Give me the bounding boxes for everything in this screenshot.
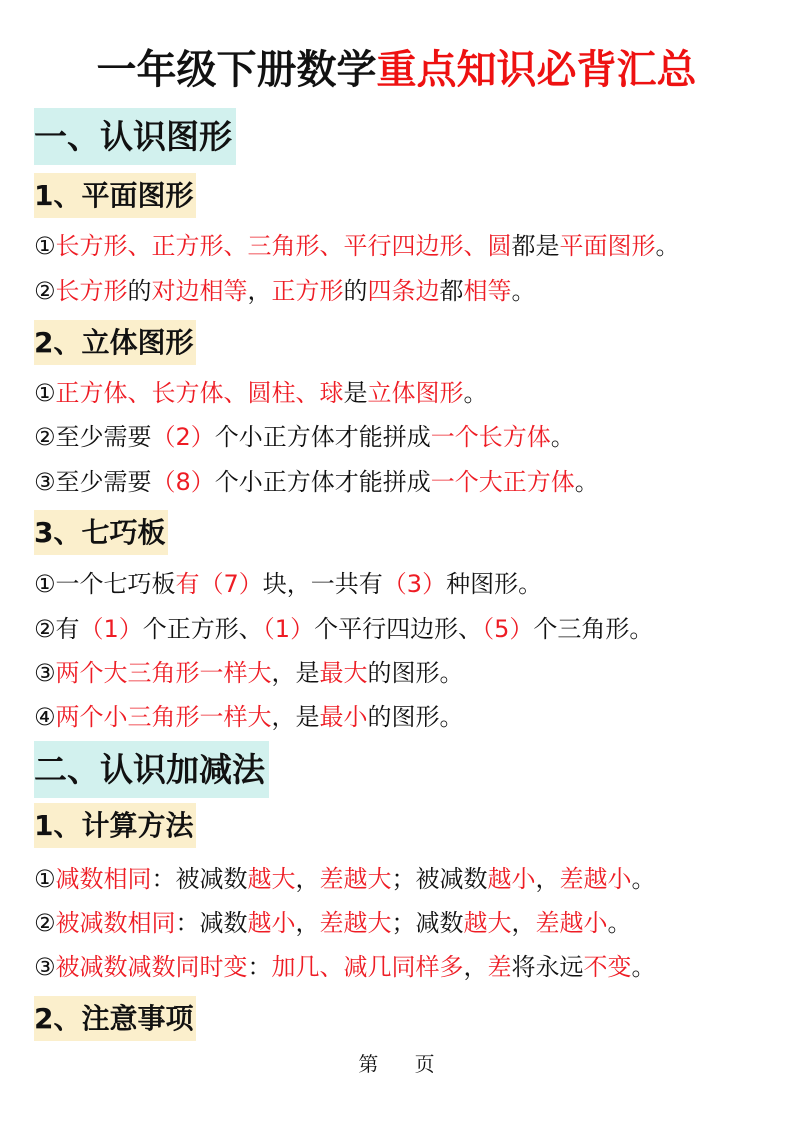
key-term: 越大 [248,865,296,893]
text-line: ①长方形、正方形、三角形、平行四边形、圆都是平面图形。 [34,230,680,262]
key-term: 加几、减几同样多 [272,953,464,981]
key-term: （2） [152,423,215,451]
page-title: 一年级下册数学重点知识必背汇总 [0,44,793,96]
text-segment: 个正方形、 [143,615,263,643]
key-term: 被减数相同 [56,909,176,937]
key-term: （8） [152,468,215,496]
key-term: 正方体、长方体、圆柱、球 [56,379,344,407]
subsection-heading-tangram: 3、七巧板 [34,510,168,555]
text-segment: 个平行四边形、 [314,615,482,643]
text-segment: ①一个七巧板 [34,570,176,598]
text-segment: ① [34,232,56,260]
text-segment: 。 [632,865,656,893]
text-segment: ③ [34,953,56,981]
text-line: ②长方形的对边相等，正方形的四条边都相等。 [34,275,536,307]
text-line: ④两个小三角形一样大，是最小的图形。 [34,701,464,733]
text-segment: 。 [512,277,536,305]
text-line: ①减数相同：被减数越大，差越大；被减数越小，差越小。 [34,863,656,895]
text-segment: 个小正方体才能拼成 [215,468,431,496]
key-term: （1） [80,615,143,643]
key-term: 长方形 [56,277,128,305]
text-segment: ，是 [272,659,320,687]
text-segment: ① [34,379,56,407]
key-term: 四条边 [368,277,440,305]
key-term: 有（7） [176,570,263,598]
text-segment: 种图形。 [446,570,542,598]
text-line: ③至少需要（8）个小正方体才能拼成一个大正方体。 [34,466,599,498]
text-segment: 个三角形。 [533,615,653,643]
text-segment: 是 [344,379,368,407]
text-segment: 。 [632,953,656,981]
key-term: （5） [482,615,533,643]
text-segment: 都 [440,277,464,305]
key-term: 一个大正方体 [431,468,575,496]
key-term: 越小 [248,909,296,937]
key-term: 差越小 [536,909,608,937]
text-line: ①一个七巧板有（7）块，一共有（3）种图形。 [34,568,542,600]
text-segment: 块，一共有 [263,570,383,598]
key-term: （1） [263,615,314,643]
key-term: 减数相同 [56,865,152,893]
text-line: ①正方体、长方体、圆柱、球是立体图形。 [34,377,488,409]
text-segment: ③ [34,659,56,687]
subsection-heading-calc-methods: 1、计算方法 [34,803,196,848]
text-segment: ：减数 [176,909,248,937]
title-red: 重点知识必背汇总 [377,47,697,93]
subsection-heading-notes: 2、注意事项 [34,996,196,1041]
text-line: ②被减数相同：减数越小，差越大；减数越大，差越小。 [34,907,632,939]
text-segment: ， [296,909,320,937]
key-term: 长方形、正方形、三角形、平行四边形、圆 [56,232,512,260]
key-term: 最小 [320,703,368,731]
key-term: 相等 [464,277,512,305]
key-term: 被减数减数同时变 [56,953,248,981]
text-segment: 的图形。 [368,659,464,687]
text-segment: 的 [344,277,368,305]
key-term: 一个长方体 [431,423,551,451]
page-footer: 第 页 [0,1050,793,1078]
text-segment: ，是 [272,703,320,731]
text-segment: ， [536,865,560,893]
key-term: 不变 [584,953,632,981]
text-segment: 的图形。 [368,703,464,731]
text-segment: ， [512,909,536,937]
text-segment: 将永远 [512,953,584,981]
key-term: 越小 [488,865,536,893]
text-line: ②至少需要（2）个小正方体才能拼成一个长方体。 [34,421,575,453]
text-line: ③被减数减数同时变：加几、减几同样多，差将永远不变。 [34,951,656,983]
text-line: ③两个大三角形一样大，是最大的图形。 [34,657,464,689]
text-segment: ： [248,953,272,981]
key-term: 平面图形 [560,232,656,260]
text-segment: 的 [128,277,152,305]
key-term: 差越大 [320,909,392,937]
text-segment: ， [464,953,488,981]
key-term: 正方形 [272,277,344,305]
text-segment: ② [34,277,56,305]
text-line: ②有（1）个正方形、（1）个平行四边形、（5）个三角形。 [34,613,653,645]
key-term: 立体图形 [368,379,464,407]
text-segment: ：被减数 [152,865,248,893]
text-segment: ③至少需要 [34,468,152,496]
subsection-heading-plane-shapes: 1、平面图形 [34,173,196,218]
text-segment: ②有 [34,615,80,643]
title-black: 一年级下册数学 [97,47,377,93]
text-segment: ① [34,865,56,893]
subsection-heading-solid-shapes: 2、立体图形 [34,320,196,365]
text-segment: 。 [608,909,632,937]
text-segment: ② [34,909,56,937]
key-term: 两个小三角形一样大 [56,703,272,731]
text-segment: 。 [656,232,680,260]
text-segment: ， [296,865,320,893]
text-segment: 都是 [512,232,560,260]
text-segment: 个小正方体才能拼成 [215,423,431,451]
key-term: 越大 [464,909,512,937]
key-term: 差越小 [560,865,632,893]
text-segment: ；减数 [392,909,464,937]
text-segment: ；被减数 [392,865,488,893]
text-segment: ， [248,277,272,305]
text-segment: ④ [34,703,56,731]
key-term: 两个大三角形一样大 [56,659,272,687]
key-term: 对边相等 [152,277,248,305]
text-segment: 。 [464,379,488,407]
text-segment: ②至少需要 [34,423,152,451]
text-segment: 。 [551,423,575,451]
key-term: 差越大 [320,865,392,893]
text-segment: 。 [575,468,599,496]
key-term: 最大 [320,659,368,687]
section-heading-shapes: 一、认识图形 [34,108,236,165]
key-term: （3） [383,570,446,598]
key-term: 差 [488,953,512,981]
section-heading-add-subtract: 二、认识加减法 [34,741,269,798]
